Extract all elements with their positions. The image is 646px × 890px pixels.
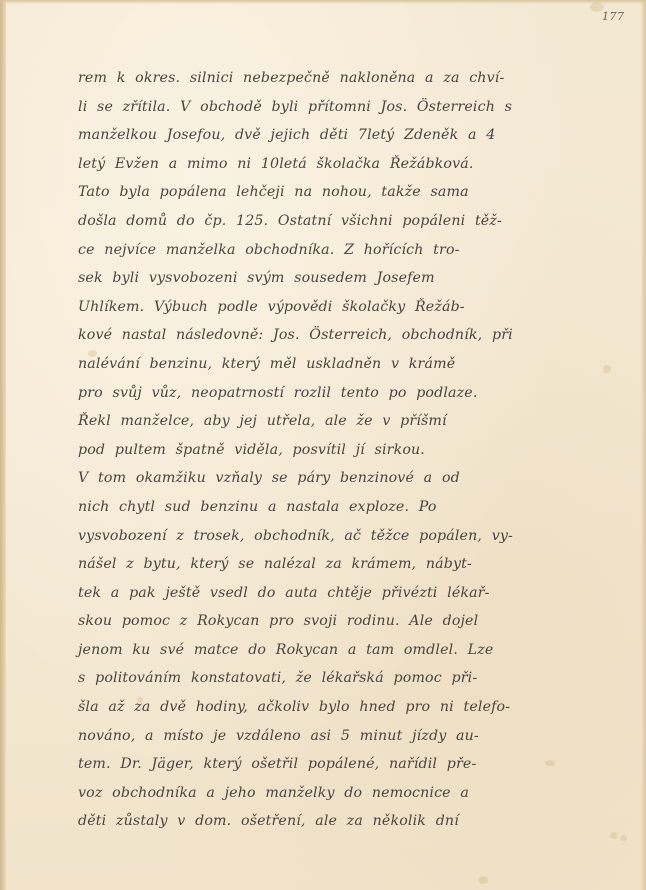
text-line: letý Evžen a mimo ni 10letá školačka Řež… <box>78 150 518 179</box>
page-number: 177 <box>602 10 625 23</box>
text-line: nášel z bytu, který se nalézal za krámem… <box>78 550 518 579</box>
text-line: Řekl manželce, aby jej utřela, ale že v … <box>78 407 518 436</box>
text-line: jenom ku své matce do Rokycan a tam omdl… <box>78 636 518 665</box>
text-line: děti zůstaly v dom. ošetření, ale za něk… <box>78 807 518 836</box>
manuscript-page: 177 rem k okres. silnici nebezpečně nakl… <box>0 0 646 890</box>
text-line: rem k okres. silnici nebezpečně nakloněn… <box>78 64 518 93</box>
text-line: tem. Dr. Jäger, který ošetřil popálené, … <box>78 750 518 779</box>
text-line: pro svůj vůz, neopatrností rozlil tento … <box>78 379 518 408</box>
paper-stain <box>545 760 555 766</box>
paper-stain <box>603 365 611 373</box>
page-binding-edge <box>0 0 6 890</box>
text-line: nich chytl sud benzinu a nastala exploze… <box>78 493 518 522</box>
text-line: manželkou Josefou, dvě jejich děti 7letý… <box>78 121 518 150</box>
text-line: sek byli vysvobozeni svým sousedem Josef… <box>78 264 518 293</box>
text-line: tek a pak ještě vsedl do auta chtěje při… <box>78 579 518 608</box>
text-line: Tato byla popálena lehčeji na nohou, tak… <box>78 178 518 207</box>
text-line: ce nejvíce manželka obchodníka. Z hořící… <box>78 236 518 265</box>
text-line: došla domů do čp. 125. Ostatní všichni p… <box>78 207 518 236</box>
text-line: pod pultem špatně viděla, posvítil jí si… <box>78 436 518 465</box>
text-line: skou pomoc z Rokycan pro svoji rodinu. A… <box>78 607 518 636</box>
text-line: li se zřítila. V obchodě byli přítomni J… <box>78 93 518 122</box>
text-line: nováno, a místo je vzdáleno asi 5 minut … <box>78 722 518 751</box>
text-line: Uhlíkem. Výbuch podle výpovědi školačky … <box>78 293 518 322</box>
text-line: nalévání benzinu, který měl uskladněn v … <box>78 350 518 379</box>
page-top-edge <box>0 0 646 4</box>
page-right-edge <box>641 0 646 890</box>
text-line: kové nastal následovně: Jos. Österreich,… <box>78 321 518 350</box>
text-line: vysvobození z trosek, obchodník, ač těžc… <box>78 522 518 551</box>
text-line: šla až za dvě hodiny, ačkoliv bylo hned … <box>78 693 518 722</box>
handwritten-text-block: rem k okres. silnici nebezpečně nakloněn… <box>78 64 518 836</box>
paper-stain <box>610 832 618 839</box>
text-line: V tom okamžiku vzňaly se páry benzinové … <box>78 464 518 493</box>
text-line: s politováním konstatovati, že lékařská … <box>78 664 518 693</box>
paper-stain <box>478 876 488 884</box>
text-line: voz obchodníka a jeho manželky do nemocn… <box>78 779 518 808</box>
paper-stain <box>620 835 627 841</box>
